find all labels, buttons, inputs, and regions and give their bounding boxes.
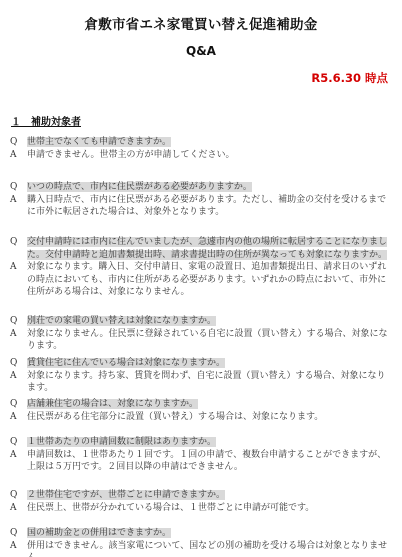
a-marker: A <box>10 540 27 557</box>
q-marker: Q <box>10 315 27 328</box>
question-text: １世帯あたりの申請回数に制限はありますか。 <box>27 437 216 447</box>
a-marker: A <box>10 370 27 395</box>
a-marker: A <box>10 328 27 353</box>
answer: A購入日時点で、市内に住民票がある必要があります。ただし、補助金の交付を受けるま… <box>10 194 394 219</box>
a-marker: A <box>10 261 27 299</box>
qa-item: Q１世帯あたりの申請回数に制限はありますか。 A申請回数は、１世帯あたり１回です… <box>10 436 394 474</box>
answer-text: 対象になります。持ち家、賃貸を問わず、自宅に設置（買い替え）する場合、対象になり… <box>27 370 394 395</box>
question: Q国の補助金との併用はできますか。 <box>10 527 394 540</box>
question-text: 交付申請時には市内に住んでいましたが、急遽市内の他の場所に転居することになりまし… <box>27 237 387 260</box>
question-text: いつの時点で、市内に住民票がある必要がありますか。 <box>27 182 252 192</box>
qa-item: Q賃貸住宅に住んでいる場合は対象になりますか。 A対象になります。持ち家、賃貸を… <box>10 357 394 395</box>
a-marker: A <box>10 149 27 162</box>
answer: A申請できません。世帯主の方が申請してください。 <box>10 149 394 162</box>
q-marker: Q <box>10 236 27 261</box>
answer-text: 申請できません。世帯主の方が申請してください。 <box>27 149 394 162</box>
a-marker: A <box>10 411 27 424</box>
question: Q１世帯あたりの申請回数に制限はありますか。 <box>10 436 394 449</box>
answer: A対象になります。購入日、交付申請日、家電の設置日、追加書類提出日、請求日のいず… <box>10 261 394 299</box>
answer-text: 購入日時点で、市内に住民票がある必要があります。ただし、補助金の交付を受けるまで… <box>27 194 394 219</box>
answer: A対象になります。持ち家、賃貸を問わず、自宅に設置（買い替え）する場合、対象にな… <box>10 370 394 395</box>
answer-text: 住民票がある住宅部分に設置（買い替え）する場合は、対象になります。 <box>27 411 394 424</box>
answer-text: 対象になりません。住民票に登録されている自宅に設置（買い替え）する場合、対象にな… <box>27 328 394 353</box>
q-marker: Q <box>10 436 27 449</box>
question-text: 店舗兼住宅の場合は、対象になりますか。 <box>27 399 198 409</box>
qa-item: Q店舗兼住宅の場合は、対象になりますか。 A住民票がある住宅部分に設置（買い替え… <box>10 398 394 423</box>
section-title: １ 補助対象者 <box>11 113 81 128</box>
q-marker: Q <box>10 136 27 149</box>
answer: A対象になりません。住民票に登録されている自宅に設置（買い替え）する場合、対象に… <box>10 328 394 353</box>
answer: A併用はできません。該当家電について、国などの別の補助を受ける場合は対象となりま… <box>10 540 394 557</box>
question: Q賃貸住宅に住んでいる場合は対象になりますか。 <box>10 357 394 370</box>
qa-item: Q交付申請時には市内に住んでいましたが、急遽市内の他の場所に転居することになりま… <box>10 236 394 299</box>
answer: A住民票上、世帯が分かれている場合は、１世帯ごとに申請が可能です。 <box>10 502 394 515</box>
question: Q世帯主でなくても申請できますか。 <box>10 136 394 149</box>
question-text: 国の補助金との併用はできますか。 <box>27 528 171 538</box>
qa-item: Q２世帯住宅ですが、世帯ごとに申請できますか。 A住民票上、世帯が分かれている場… <box>10 489 394 514</box>
as-of-date: R5.6.30 時点 <box>311 70 388 86</box>
question-text: 別荘での家電の買い替えは対象になりますか。 <box>27 316 216 326</box>
question: Qいつの時点で、市内に住民票がある必要がありますか。 <box>10 181 394 194</box>
question: Q店舗兼住宅の場合は、対象になりますか。 <box>10 398 394 411</box>
q-marker: Q <box>10 489 27 502</box>
a-marker: A <box>10 194 27 219</box>
q-marker: Q <box>10 357 27 370</box>
answer: A申請回数は、１世帯あたり１回です。１回の申請で、複数台申請することができますが… <box>10 449 394 474</box>
answer: A住民票がある住宅部分に設置（買い替え）する場合は、対象になります。 <box>10 411 394 424</box>
question: Q２世帯住宅ですが、世帯ごとに申請できますか。 <box>10 489 394 502</box>
a-marker: A <box>10 449 27 474</box>
q-marker: Q <box>10 181 27 194</box>
answer-text: 住民票上、世帯が分かれている場合は、１世帯ごとに申請が可能です。 <box>27 502 394 515</box>
question-text: 世帯主でなくても申請できますか。 <box>27 137 171 147</box>
qa-item: Q別荘での家電の買い替えは対象になりますか。 A対象になりません。住民票に登録さ… <box>10 315 394 353</box>
answer-text: 対象になります。購入日、交付申請日、家電の設置日、追加書類提出日、請求日のいずれ… <box>27 261 394 299</box>
document-title: 倉敷市省エネ家電買い替え促進補助金 <box>0 13 402 33</box>
qa-item: Q国の補助金との併用はできますか。 A併用はできません。該当家電について、国など… <box>10 527 394 557</box>
q-marker: Q <box>10 527 27 540</box>
q-marker: Q <box>10 398 27 411</box>
question-text: ２世帯住宅ですが、世帯ごとに申請できますか。 <box>27 490 225 500</box>
question: Q別荘での家電の買い替えは対象になりますか。 <box>10 315 394 328</box>
a-marker: A <box>10 502 27 515</box>
answer-text: 申請回数は、１世帯あたり１回です。１回の申請で、複数台申請することができますが、… <box>27 449 394 474</box>
qa-item: Qいつの時点で、市内に住民票がある必要がありますか。 A購入日時点で、市内に住民… <box>10 181 394 219</box>
document-subtitle: Q&A <box>0 44 402 58</box>
answer-text: 併用はできません。該当家電について、国などの別の補助を受ける場合は対象となりませ… <box>27 540 394 557</box>
question-text: 賃貸住宅に住んでいる場合は対象になりますか。 <box>27 358 225 368</box>
qa-item: Q世帯主でなくても申請できますか。 A申請できません。世帯主の方が申請してくださ… <box>10 136 394 161</box>
question: Q交付申請時には市内に住んでいましたが、急遽市内の他の場所に転居することになりま… <box>10 236 394 261</box>
